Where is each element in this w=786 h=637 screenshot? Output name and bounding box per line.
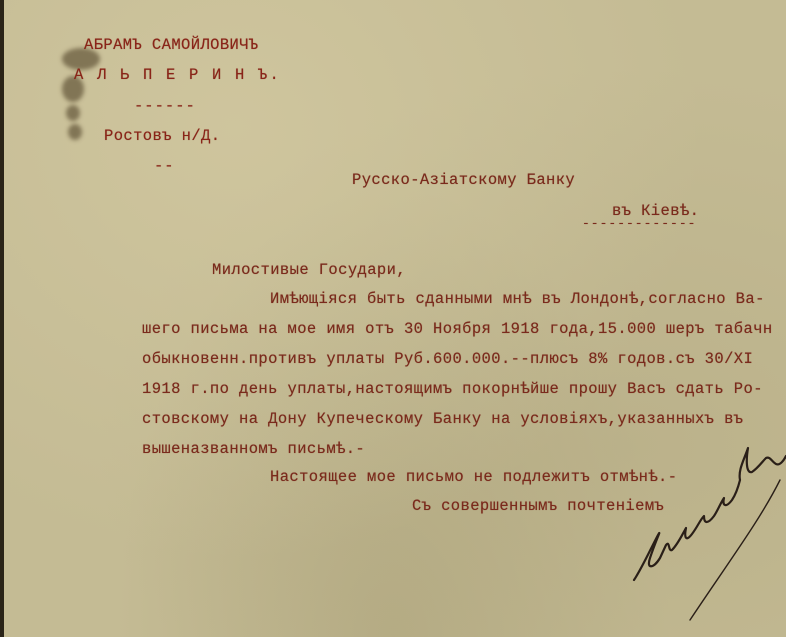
body-line: стовскому на Дону Купеческому Банку на у… (142, 410, 744, 428)
ink-stain (66, 105, 80, 121)
signature (620, 440, 786, 637)
addressee-underline: ------------- (582, 216, 696, 231)
body-line: вышеназванномъ письмѣ.- (142, 440, 365, 458)
sender-name: АБРАМЪ САМОЙЛОВИЧЪ (84, 36, 259, 54)
body-line: 1918 г.по день уплаты,настоящимъ покорнѣ… (142, 380, 763, 398)
sender-surname: А Л Ь П Е Р И Н Ъ. (74, 66, 281, 84)
salutation: Милостивые Государи, (212, 261, 406, 279)
ink-stain (68, 124, 82, 140)
body-line: обыкновенн.противъ уплаты Руб.600.000.--… (142, 350, 753, 368)
body-line: шего письма на мое имя отъ 30 Ноября 191… (142, 320, 773, 338)
separator: ------ (134, 97, 196, 115)
body-line: Имѣющіяся быть сданными мнѣ въ Лондонѣ,с… (270, 290, 765, 308)
sender-city: Ростовъ н/Д. (104, 127, 220, 145)
irrevocable-statement: Настоящее мое письмо не подлежитъ отмѣнѣ… (270, 468, 677, 486)
separator: -- (154, 157, 175, 175)
scan-edge (0, 0, 4, 637)
addressee-bank: Русско-Азіатскому Банку (352, 171, 575, 189)
